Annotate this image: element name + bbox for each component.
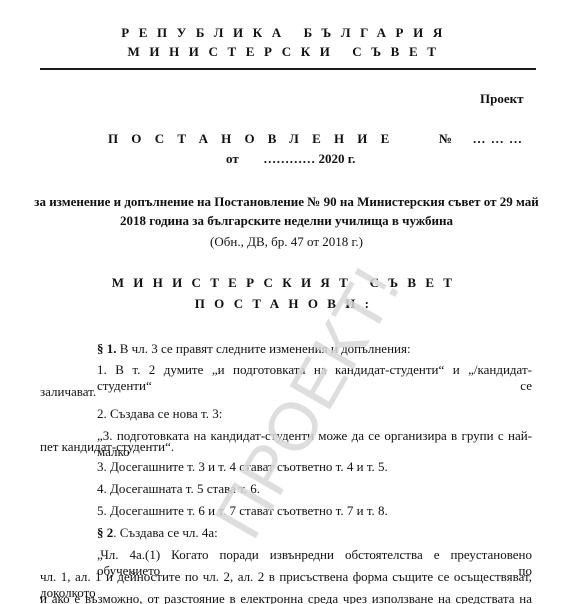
item-2-quote-line-2: пет кандидат-студенти“. bbox=[40, 439, 174, 455]
article-4a-line-3: и ако е възможно, от разстояние в електр… bbox=[40, 591, 532, 604]
item-4: 4. Досегашната т. 5 става т. 6. bbox=[97, 481, 260, 497]
decree-date: от ………… 2020 г. bbox=[226, 151, 355, 167]
item-5: 5. Досегашните т. 6 и т. 7 стават съотве… bbox=[97, 503, 388, 519]
header-divider bbox=[40, 68, 536, 70]
paragraph-2: § 2. Създава се чл. 4а: bbox=[97, 525, 218, 541]
item-2: 2. Създава се нова т. 3: bbox=[97, 406, 222, 422]
publication-reference: (Обн., ДВ, бр. 47 от 2018 г.) bbox=[0, 234, 573, 250]
paragraph-1-text: В чл. 3 се правят следните изменения и д… bbox=[117, 341, 411, 356]
decree-title: ПОСТАНОВЛЕНИЕ bbox=[108, 131, 402, 146]
decree-from-label: от bbox=[226, 151, 239, 166]
header-republic: РЕПУБЛИКА БЪЛГАРИЯ bbox=[0, 25, 573, 41]
subject-line-2: 2018 година за българските неделни учили… bbox=[0, 210, 573, 232]
paragraph-2-text: . Създава се чл. 4а: bbox=[113, 525, 218, 540]
decree-number-sign: № bbox=[439, 131, 452, 146]
paragraph-1-mark: § 1. bbox=[97, 341, 117, 356]
item-1-line-1: 1. В т. 2 думите „и подготовката на канд… bbox=[97, 362, 532, 394]
project-label: Проект bbox=[480, 91, 524, 107]
paragraph-1: § 1. В чл. 3 се правят следните изменени… bbox=[97, 341, 411, 357]
paragraph-2-mark: § 2 bbox=[97, 525, 113, 540]
council-decided: ПОСТАНОВИ: bbox=[0, 296, 573, 312]
decree-number: … … … bbox=[473, 131, 524, 146]
council-heading: МИНИСТЕРСКИЯТ СЪВЕТ bbox=[0, 275, 573, 291]
decree-year: 2020 г. bbox=[318, 151, 355, 166]
item-3: 3. Досегашните т. 3 и т. 4 стават съотве… bbox=[97, 459, 388, 475]
item-1-line-2: заличават. bbox=[40, 384, 96, 400]
header-council: МИНИСТЕРСКИ СЪВЕТ bbox=[0, 44, 573, 60]
decree-heading: ПОСТАНОВЛЕНИЕ № … … … bbox=[108, 131, 523, 147]
decree-date-placeholder: ………… bbox=[263, 151, 315, 166]
